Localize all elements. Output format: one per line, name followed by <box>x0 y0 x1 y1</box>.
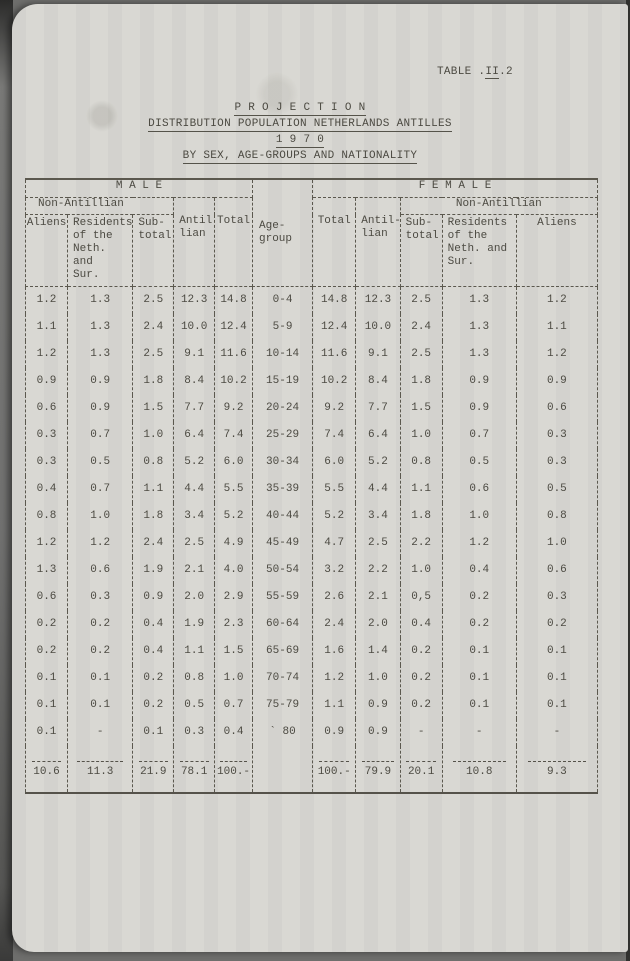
cell-f-subtotal: 0.2 <box>400 665 442 692</box>
cell-m-antillian: 8.4 <box>174 368 215 395</box>
table-row: 0.90.91.88.410.215-1910.28.41.80.90.9 <box>26 368 598 395</box>
cell-m-total: 2.3 <box>215 611 253 638</box>
cell-f-residents: 1.3 <box>442 314 516 341</box>
cell-m-total: 10.2 <box>215 368 253 395</box>
cell-f-antillian: 10.0 <box>356 314 400 341</box>
cell-m-aliens: 1.2 <box>26 341 68 368</box>
table-row: 0.20.20.41.11.565-691.61.40.20.10.1 <box>26 638 598 665</box>
cell-m-residents: 1.3 <box>68 341 133 368</box>
table-row: 0.30.50.85.26.030-346.05.20.80.50.3 <box>26 449 598 476</box>
cell-m-subtotal: 1.8 <box>133 503 174 530</box>
cell-m-aliens: 0.1 <box>26 665 68 692</box>
cell-f-residents: 0.2 <box>442 611 516 638</box>
cell-m-subtotal: 0.8 <box>133 449 174 476</box>
cell-f-aliens: 0.6 <box>516 557 597 584</box>
cell-f-antillian: 12.3 <box>356 287 400 315</box>
total-cell-f-total: 100.- <box>313 746 356 793</box>
cell-m-total: 5.2 <box>215 503 253 530</box>
cell-age-group: 0-4 <box>253 287 313 315</box>
cell-m-total: 6.0 <box>215 449 253 476</box>
cell-m-antillian: 0.5 <box>174 692 215 719</box>
total-cell-f-residents: 10.8 <box>442 746 516 793</box>
cell-m-total: 0.7 <box>215 692 253 719</box>
cell-m-subtotal: 2.5 <box>133 287 174 315</box>
table-row: 0.60.91.57.79.220-249.27.71.50.90.6 <box>26 395 598 422</box>
cell-m-subtotal: 0.4 <box>133 638 174 665</box>
female-subtotal-column-header: Sub- total <box>400 215 442 287</box>
cell-f-total: 4.7 <box>313 530 356 557</box>
cell-m-residents: 1.0 <box>68 503 133 530</box>
male-antillian-column-header: Antil- lian <box>174 198 215 287</box>
cell-m-subtotal: 2.4 <box>133 530 174 557</box>
cell-f-aliens: 1.0 <box>516 530 597 557</box>
cell-f-aliens: 0.6 <box>516 395 597 422</box>
cell-f-subtotal: 0.8 <box>400 449 442 476</box>
cell-m-subtotal: 0.2 <box>133 692 174 719</box>
cell-m-total: 1.5 <box>215 638 253 665</box>
cell-f-aliens: 0.3 <box>516 449 597 476</box>
cell-f-total: 5.5 <box>313 476 356 503</box>
sum-line <box>139 761 168 762</box>
male-non-antillian-header: Non-Antillian <box>26 198 174 215</box>
cell-f-total: 10.2 <box>313 368 356 395</box>
cell-m-residents: 0.9 <box>68 368 133 395</box>
cell-m-residents: 0.6 <box>68 557 133 584</box>
sum-line <box>32 761 62 762</box>
male-subtotal-column-header: Sub- total <box>133 215 174 287</box>
male-section-header: M A L E <box>26 179 253 198</box>
cell-m-subtotal: 1.1 <box>133 476 174 503</box>
cell-m-aliens: 0.2 <box>26 611 68 638</box>
cell-m-residents: 0.5 <box>68 449 133 476</box>
cell-f-residents: 0.5 <box>442 449 516 476</box>
male-aliens-column-header: Aliens <box>26 215 68 287</box>
cell-f-aliens: 0.3 <box>516 584 597 611</box>
cell-m-antillian: 3.4 <box>174 503 215 530</box>
cell-f-antillian: 2.5 <box>356 530 400 557</box>
cell-m-residents: 0.7 <box>68 476 133 503</box>
cell-f-subtotal: 0.2 <box>400 638 442 665</box>
scanned-page-stage: TABLE .II.2 P R O J E C T I O N DISTRIBU… <box>0 0 630 961</box>
cell-f-residents: 0.6 <box>442 476 516 503</box>
cell-m-subtotal: 2.4 <box>133 314 174 341</box>
cell-f-aliens: 0.1 <box>516 638 597 665</box>
cell-f-aliens: 0.9 <box>516 368 597 395</box>
cell-f-residents: 0.9 <box>442 395 516 422</box>
cell-f-antillian: 8.4 <box>356 368 400 395</box>
cell-m-subtotal: 1.5 <box>133 395 174 422</box>
cell-m-antillian: 9.1 <box>174 341 215 368</box>
cell-f-aliens: 0.5 <box>516 476 597 503</box>
cell-age-group: 70-74 <box>253 665 313 692</box>
cell-f-total: 11.6 <box>313 341 356 368</box>
cell-f-total: 1.2 <box>313 665 356 692</box>
cell-m-subtotal: 1.9 <box>133 557 174 584</box>
cell-f-total: 7.4 <box>313 422 356 449</box>
cell-f-subtotal: 1.8 <box>400 368 442 395</box>
cell-f-residents: 0.9 <box>442 368 516 395</box>
cell-f-subtotal: 2.2 <box>400 530 442 557</box>
header-row-sex: M A L E Age- group F E M A L E <box>26 179 598 198</box>
cell-m-aliens: 0.6 <box>26 584 68 611</box>
cell-f-subtotal: 1.1 <box>400 476 442 503</box>
female-antillian-column-header: Antil- lian <box>356 198 400 287</box>
cell-m-total: 0.4 <box>215 719 253 746</box>
cell-m-aliens: 0.9 <box>26 368 68 395</box>
cell-f-residents: - <box>442 719 516 746</box>
sum-line <box>319 761 349 762</box>
cell-m-antillian: 2.5 <box>174 530 215 557</box>
table-row: 1.11.32.410.012.45-912.410.02.41.31.1 <box>26 314 598 341</box>
cell-f-total: 1.1 <box>313 692 356 719</box>
title-block: P R O J E C T I O N DISTRIBUTION POPULAT… <box>20 101 580 165</box>
cell-m-residents: 0.7 <box>68 422 133 449</box>
cell-age-group: 45-49 <box>253 530 313 557</box>
cell-m-total: 9.2 <box>215 395 253 422</box>
cell-f-antillian: 1.4 <box>356 638 400 665</box>
cell-f-antillian: 4.4 <box>356 476 400 503</box>
cell-age-group: 75-79 <box>253 692 313 719</box>
cell-f-antillian: 3.4 <box>356 503 400 530</box>
cell-m-aliens: 0.8 <box>26 503 68 530</box>
female-aliens-column-header: Aliens <box>516 215 597 287</box>
cell-m-aliens: 1.1 <box>26 314 68 341</box>
title-year: 1 9 7 0 <box>20 133 580 148</box>
title-by-sex: BY SEX, AGE-GROUPS AND NATIONALITY <box>20 149 580 164</box>
cell-m-residents: 1.3 <box>68 287 133 315</box>
sum-line <box>220 761 247 762</box>
total-cell-m-residents: 11.3 <box>68 746 133 793</box>
cell-age-group: 5-9 <box>253 314 313 341</box>
male-total-column-header: Total <box>215 198 253 287</box>
cell-m-subtotal: 0.1 <box>133 719 174 746</box>
cell-f-residents: 1.3 <box>442 287 516 315</box>
cell-m-residents: 0.2 <box>68 638 133 665</box>
table-row: 1.21.32.512.314.80-414.812.32.51.31.2 <box>26 287 598 315</box>
female-non-antillian-header: Non-Antillian <box>400 198 597 215</box>
cell-f-residents: 0.7 <box>442 422 516 449</box>
age-rows-body: 1.21.32.512.314.80-414.812.32.51.31.21.1… <box>26 287 598 794</box>
cell-m-antillian: 1.1 <box>174 638 215 665</box>
cell-f-antillian: 6.4 <box>356 422 400 449</box>
cell-f-antillian: 0.9 <box>356 692 400 719</box>
table-row: 0.1-0.10.30.4` 800.90.9--- <box>26 719 598 746</box>
cell-f-subtotal: 2.4 <box>400 314 442 341</box>
cell-m-antillian: 6.4 <box>174 422 215 449</box>
total-cell-m-aliens: 10.6 <box>26 746 68 793</box>
cell-f-total: 2.6 <box>313 584 356 611</box>
cell-f-subtotal: 1.8 <box>400 503 442 530</box>
cell-m-total: 12.4 <box>215 314 253 341</box>
cell-f-antillian: 2.2 <box>356 557 400 584</box>
cell-m-total: 4.9 <box>215 530 253 557</box>
cell-age-group: 25-29 <box>253 422 313 449</box>
cell-m-subtotal: 0.9 <box>133 584 174 611</box>
cell-age-group: 55-59 <box>253 584 313 611</box>
title-projection: P R O J E C T I O N <box>20 101 580 116</box>
table-row: 0.10.10.20.50.775-791.10.90.20.10.1 <box>26 692 598 719</box>
cell-m-residents: 0.1 <box>68 692 133 719</box>
cell-m-residents: 0.3 <box>68 584 133 611</box>
table-row: 1.30.61.92.14.050-543.22.21.00.40.6 <box>26 557 598 584</box>
cell-age-group: ` 80 <box>253 719 313 746</box>
sum-line <box>406 761 436 762</box>
cell-f-antillian: 0.9 <box>356 719 400 746</box>
population-projection-table: M A L E Age- group F E M A L E Non-Antil… <box>25 178 598 794</box>
cell-f-residents: 1.3 <box>442 341 516 368</box>
cell-f-aliens: 0.8 <box>516 503 597 530</box>
cell-m-aliens: 0.2 <box>26 638 68 665</box>
cell-f-antillian: 9.1 <box>356 341 400 368</box>
sum-line <box>362 761 393 762</box>
total-cell-f-antillian: 79.9 <box>356 746 400 793</box>
cell-m-residents: - <box>68 719 133 746</box>
cell-f-aliens: 1.1 <box>516 314 597 341</box>
table-row: 0.30.71.06.47.425-297.46.41.00.70.3 <box>26 422 598 449</box>
cell-f-aliens: 1.2 <box>516 341 597 368</box>
cell-f-residents: 0.1 <box>442 665 516 692</box>
cell-f-total: 0.9 <box>313 719 356 746</box>
cell-age-group: 40-44 <box>253 503 313 530</box>
cell-f-antillian: 1.0 <box>356 665 400 692</box>
cell-f-antillian: 5.2 <box>356 449 400 476</box>
cell-f-antillian: 2.1 <box>356 584 400 611</box>
cell-f-subtotal: 0,5 <box>400 584 442 611</box>
cell-f-aliens: 0.1 <box>516 665 597 692</box>
cell-f-aliens: 0.3 <box>516 422 597 449</box>
cell-f-subtotal: 1.0 <box>400 422 442 449</box>
cell-m-subtotal: 0.4 <box>133 611 174 638</box>
cell-m-residents: 0.9 <box>68 395 133 422</box>
cell-f-aliens: 0.2 <box>516 611 597 638</box>
total-cell-m-subtotal: 21.9 <box>133 746 174 793</box>
cell-f-aliens: 1.2 <box>516 287 597 315</box>
total-cell-m-total: 100.- <box>215 746 253 793</box>
table-row: 0.40.71.14.45.535-395.54.41.10.60.5 <box>26 476 598 503</box>
table-row: 1.21.32.59.111.610-1411.69.12.51.31.2 <box>26 341 598 368</box>
cell-m-aliens: 0.3 <box>26 449 68 476</box>
cell-f-total: 6.0 <box>313 449 356 476</box>
cell-f-total: 12.4 <box>313 314 356 341</box>
total-cell-m-antillian: 78.1 <box>174 746 215 793</box>
table-row: 0.60.30.92.02.955-592.62.10,50.20.3 <box>26 584 598 611</box>
cell-m-aliens: 0.3 <box>26 422 68 449</box>
cell-m-total: 11.6 <box>215 341 253 368</box>
female-section-header: F E M A L E <box>313 179 598 198</box>
sum-line <box>528 761 586 762</box>
cell-age-group: 10-14 <box>253 341 313 368</box>
table-row: 0.10.10.20.81.070-741.21.00.20.10.1 <box>26 665 598 692</box>
cell-age-group: 30-34 <box>253 449 313 476</box>
cell-m-antillian: 12.3 <box>174 287 215 315</box>
table-number-label: TABLE .II.2 <box>437 66 513 79</box>
title-distribution: DISTRIBUTION POPULATION NETHERLANDS ANTI… <box>20 117 580 132</box>
cell-m-antillian: 2.1 <box>174 557 215 584</box>
female-total-column-header: Total <box>313 198 356 287</box>
cell-f-subtotal: 0.2 <box>400 692 442 719</box>
cell-f-residents: 0.1 <box>442 638 516 665</box>
cell-age-group: 15-19 <box>253 368 313 395</box>
table-row: 0.20.20.41.92.360-642.42.00.40.20.2 <box>26 611 598 638</box>
cell-m-total: 1.0 <box>215 665 253 692</box>
cell-age-group <box>253 746 313 793</box>
male-residents-column-header: Residents of the Neth. and Sur. <box>68 215 133 287</box>
cell-m-residents: 1.2 <box>68 530 133 557</box>
cell-m-antillian: 10.0 <box>174 314 215 341</box>
cell-m-total: 2.9 <box>215 584 253 611</box>
cell-age-group: 35-39 <box>253 476 313 503</box>
cell-f-residents: 0.2 <box>442 584 516 611</box>
cell-m-aliens: 1.2 <box>26 530 68 557</box>
cell-age-group: 60-64 <box>253 611 313 638</box>
cell-m-aliens: 0.1 <box>26 719 68 746</box>
table-row: 1.21.22.42.54.945-494.72.52.21.21.0 <box>26 530 598 557</box>
cell-m-total: 7.4 <box>215 422 253 449</box>
cell-f-residents: 0.1 <box>442 692 516 719</box>
cell-m-total: 4.0 <box>215 557 253 584</box>
cell-m-antillian: 1.9 <box>174 611 215 638</box>
cell-m-total: 14.8 <box>215 287 253 315</box>
cell-m-antillian: 4.4 <box>174 476 215 503</box>
cell-f-antillian: 7.7 <box>356 395 400 422</box>
cell-m-antillian: 0.3 <box>174 719 215 746</box>
cell-m-subtotal: 2.5 <box>133 341 174 368</box>
cell-m-aliens: 1.2 <box>26 287 68 315</box>
cell-m-subtotal: 1.8 <box>133 368 174 395</box>
cell-f-subtotal: 1.5 <box>400 395 442 422</box>
cell-f-residents: 1.2 <box>442 530 516 557</box>
cell-f-aliens: - <box>516 719 597 746</box>
cell-f-total: 1.6 <box>313 638 356 665</box>
cell-age-group: 50-54 <box>253 557 313 584</box>
cell-f-total: 3.2 <box>313 557 356 584</box>
sum-line <box>180 761 209 762</box>
total-cell-f-subtotal: 20.1 <box>400 746 442 793</box>
total-cell-f-aliens: 9.3 <box>516 746 597 793</box>
cell-f-subtotal: 0.4 <box>400 611 442 638</box>
cell-m-aliens: 0.1 <box>26 692 68 719</box>
cell-f-subtotal: 2.5 <box>400 287 442 315</box>
cell-m-residents: 0.1 <box>68 665 133 692</box>
cell-f-total: 9.2 <box>313 395 356 422</box>
cell-f-residents: 1.0 <box>442 503 516 530</box>
cell-f-residents: 0.4 <box>442 557 516 584</box>
cell-f-subtotal: - <box>400 719 442 746</box>
cell-f-total: 5.2 <box>313 503 356 530</box>
cell-m-antillian: 2.0 <box>174 584 215 611</box>
female-residents-column-header: Residents of the Neth. and Sur. <box>442 215 516 287</box>
cell-m-residents: 1.3 <box>68 314 133 341</box>
cell-age-group: 65-69 <box>253 638 313 665</box>
cell-m-antillian: 5.2 <box>174 449 215 476</box>
cell-m-aliens: 0.6 <box>26 395 68 422</box>
cell-f-aliens: 0.1 <box>516 692 597 719</box>
cell-m-subtotal: 1.0 <box>133 422 174 449</box>
cell-age-group: 20-24 <box>253 395 313 422</box>
cell-m-aliens: 0.4 <box>26 476 68 503</box>
cell-f-total: 2.4 <box>313 611 356 638</box>
age-group-column-header: Age- group <box>253 179 313 287</box>
cell-m-antillian: 0.8 <box>174 665 215 692</box>
cell-f-antillian: 2.0 <box>356 611 400 638</box>
sum-line <box>77 761 123 762</box>
cell-m-total: 5.5 <box>215 476 253 503</box>
cell-m-antillian: 7.7 <box>174 395 215 422</box>
table-row: 0.81.01.83.45.240-445.23.41.81.00.8 <box>26 503 598 530</box>
cell-f-subtotal: 2.5 <box>400 341 442 368</box>
sum-line <box>453 761 506 762</box>
totals-row: 10.611.321.978.1100.-100.-79.920.110.89.… <box>26 746 598 793</box>
cell-m-subtotal: 0.2 <box>133 665 174 692</box>
cell-f-total: 14.8 <box>313 287 356 315</box>
cell-f-subtotal: 1.0 <box>400 557 442 584</box>
cell-m-residents: 0.2 <box>68 611 133 638</box>
cell-m-aliens: 1.3 <box>26 557 68 584</box>
